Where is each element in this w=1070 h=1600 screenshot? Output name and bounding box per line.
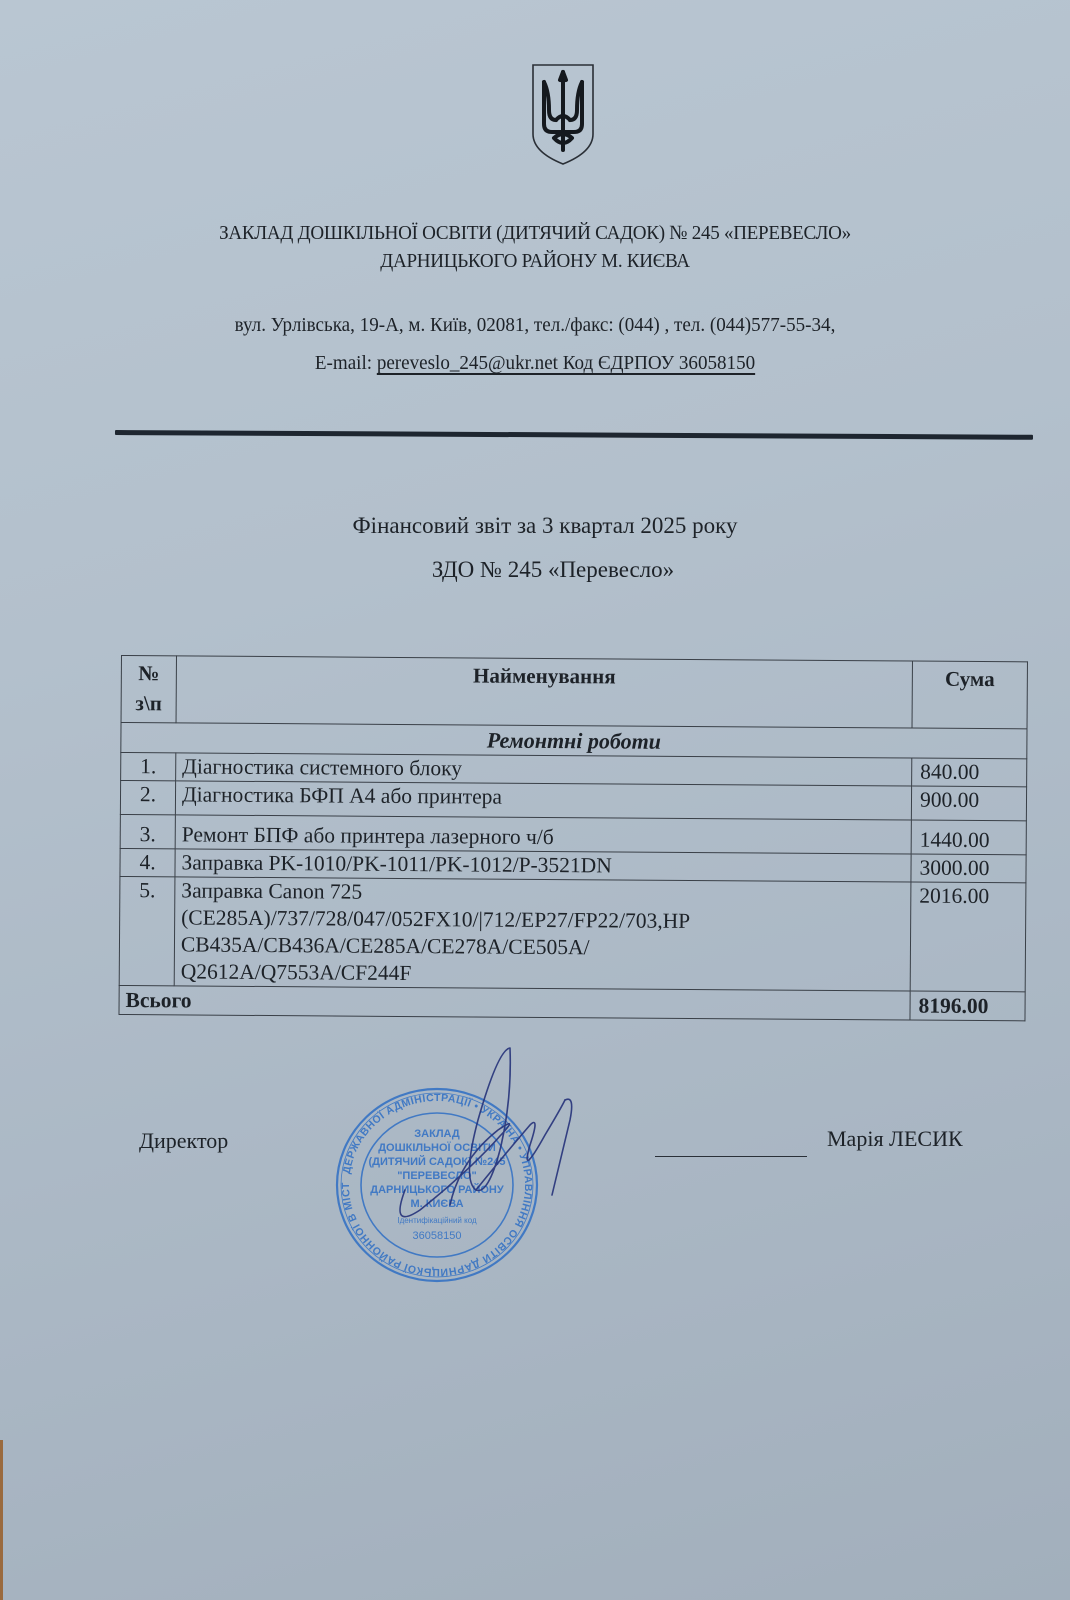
row-index: 1. xyxy=(121,753,176,781)
row-sum: 3000.00 xyxy=(911,854,1026,883)
contact-line: E-mail: pereveslo_245@ukr.net Код ЄДРПОУ… xyxy=(37,352,1032,375)
email-and-edrpou-code[interactable]: pereveslo_245@ukr.net Код ЄДРПОУ 3605815… xyxy=(377,352,755,374)
row-index: 3. xyxy=(120,814,175,848)
row-index: 2. xyxy=(120,781,175,815)
director-title: Директор xyxy=(139,1128,228,1154)
address-line: вул. Урлівська, 19-А, м. Київ, 02081, те… xyxy=(37,314,1032,337)
header-number: № з\п xyxy=(121,656,176,723)
row-sum: 840.00 xyxy=(912,758,1027,787)
row-sum: 2016.00 xyxy=(910,882,1026,992)
table-header-row: № з\п Найменування Сума xyxy=(121,656,1027,729)
signature-line xyxy=(655,1156,807,1157)
header-name: Найменування xyxy=(176,656,912,728)
row-name: Заправка Canon 725 (CE285A)/737/728/047/… xyxy=(174,877,911,991)
table-row: 3. Ремонт БПФ або принтера лазерного ч/б… xyxy=(120,814,1026,854)
row-name: Заправка PK-1010/PK-1011/PK-1012/P-3521D… xyxy=(175,849,911,882)
header-divider xyxy=(115,430,1033,440)
header-sum: Сума xyxy=(912,661,1027,729)
trident-coat-of-arms-icon xyxy=(530,62,596,166)
row-name: Ремонт БПФ або принтера лазерного ч/б xyxy=(175,815,911,854)
handwritten-signature-icon xyxy=(380,1040,610,1270)
desk-edge xyxy=(0,1440,3,1600)
email-label: E-mail: xyxy=(315,352,377,374)
total-row: Всього 8196.00 xyxy=(119,985,1025,1020)
organization-district: ДАРНИЦЬКОГО РАЙОНУ М. КИЄВА xyxy=(37,250,1032,273)
row-sum: 900.00 xyxy=(911,786,1026,821)
row-sum: 1440.00 xyxy=(911,820,1026,855)
row-name: Діагностика системного блоку xyxy=(176,753,912,786)
row-index: 5. xyxy=(119,876,175,985)
organization-name: ЗАКЛАД ДОШКІЛЬНОЇ ОСВІТИ (ДИТЯЧИЙ САДОК)… xyxy=(37,222,1032,245)
report-title: Фінансовий звіт за 3 квартал 2025 року xyxy=(10,513,1070,539)
row-name: Діагностика БФП А4 або принтера xyxy=(175,781,911,820)
table-row: 5. Заправка Canon 725 (CE285A)/737/728/0… xyxy=(119,876,1026,991)
director-name: Марія ЛЕСИК xyxy=(827,1126,963,1152)
total-label: Всього xyxy=(119,985,910,1020)
report-subtitle: ЗДО № 245 «Перевесло» xyxy=(18,557,1070,583)
row-index: 4. xyxy=(120,848,175,876)
expense-table: № з\п Найменування Сума Ремонтні роботи … xyxy=(118,655,1027,1021)
total-sum: 8196.00 xyxy=(910,991,1025,1021)
